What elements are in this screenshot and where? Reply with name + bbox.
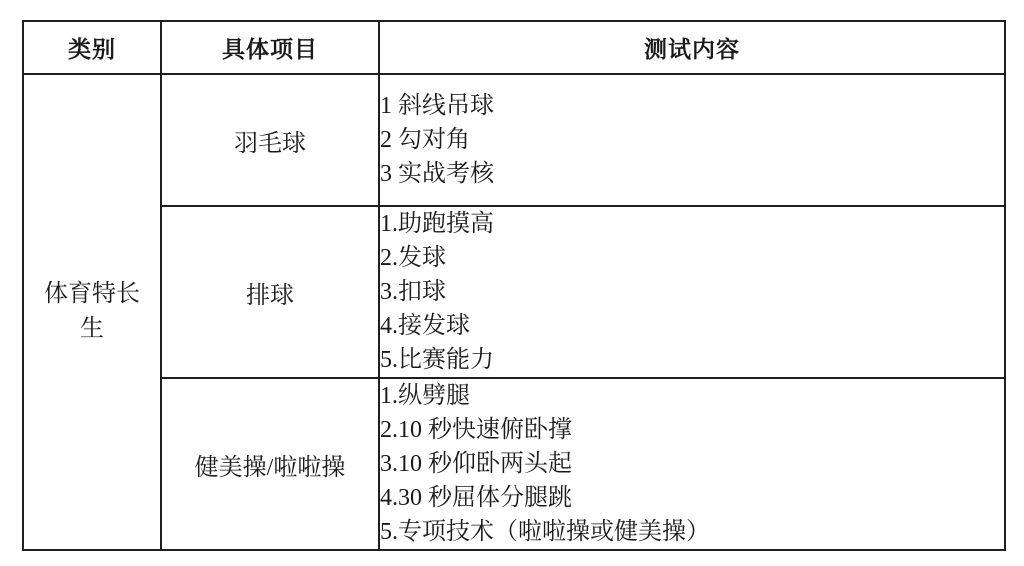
table-row-badminton: 体育特长生 羽毛球 1 斜线吊球 2 勾对角 3 实战考核 — [23, 74, 1005, 206]
tests-cell-badminton: 1 斜线吊球 2 勾对角 3 实战考核 — [379, 74, 1005, 206]
category-cell: 体育特长生 — [23, 74, 161, 550]
header-category: 类别 — [23, 21, 161, 74]
test-line: 1.助跑摸高 — [380, 207, 1004, 241]
item-cell-volleyball: 排球 — [161, 206, 379, 378]
item-cell-badminton: 羽毛球 — [161, 74, 379, 206]
document-page: 类别 具体项目 测试内容 体育特长生 羽毛球 1 斜线吊球 2 勾对角 3 实战… — [0, 0, 1024, 566]
test-line: 4.30 秒屈体分腿跳 — [380, 481, 1004, 515]
tests-cell-volleyball: 1.助跑摸高 2.发球 3.扣球 4.接发球 5.比赛能力 — [379, 206, 1005, 378]
test-line: 2 勾对角 — [380, 123, 1004, 157]
test-line: 2.10 秒快速俯卧撑 — [380, 413, 1004, 447]
test-line: 3.10 秒仰卧两头起 — [380, 447, 1004, 481]
test-line: 2.发球 — [380, 241, 1004, 275]
tests-cell-aerobics: 1.纵劈腿 2.10 秒快速俯卧撑 3.10 秒仰卧两头起 4.30 秒屈体分腿… — [379, 378, 1005, 550]
category-label: 体育特长生 — [42, 277, 142, 347]
test-line: 5.专项技术（啦啦操或健美操） — [380, 515, 1004, 549]
item-cell-aerobics: 健美操/啦啦操 — [161, 378, 379, 550]
test-line: 3 实战考核 — [380, 157, 1004, 191]
header-specific-item: 具体项目 — [161, 21, 379, 74]
test-content-table: 类别 具体项目 测试内容 体育特长生 羽毛球 1 斜线吊球 2 勾对角 3 实战… — [22, 20, 1006, 551]
test-line: 5.比赛能力 — [380, 343, 1004, 377]
table-row-aerobics: 健美操/啦啦操 1.纵劈腿 2.10 秒快速俯卧撑 3.10 秒仰卧两头起 4.… — [23, 378, 1005, 550]
test-line: 4.接发球 — [380, 309, 1004, 343]
table-header-row: 类别 具体项目 测试内容 — [23, 21, 1005, 74]
test-line: 1.纵劈腿 — [380, 379, 1004, 413]
test-line: 1 斜线吊球 — [380, 89, 1004, 123]
table-row-volleyball: 排球 1.助跑摸高 2.发球 3.扣球 4.接发球 5.比赛能力 — [23, 206, 1005, 378]
header-test-content: 测试内容 — [379, 21, 1005, 74]
test-line: 3.扣球 — [380, 275, 1004, 309]
